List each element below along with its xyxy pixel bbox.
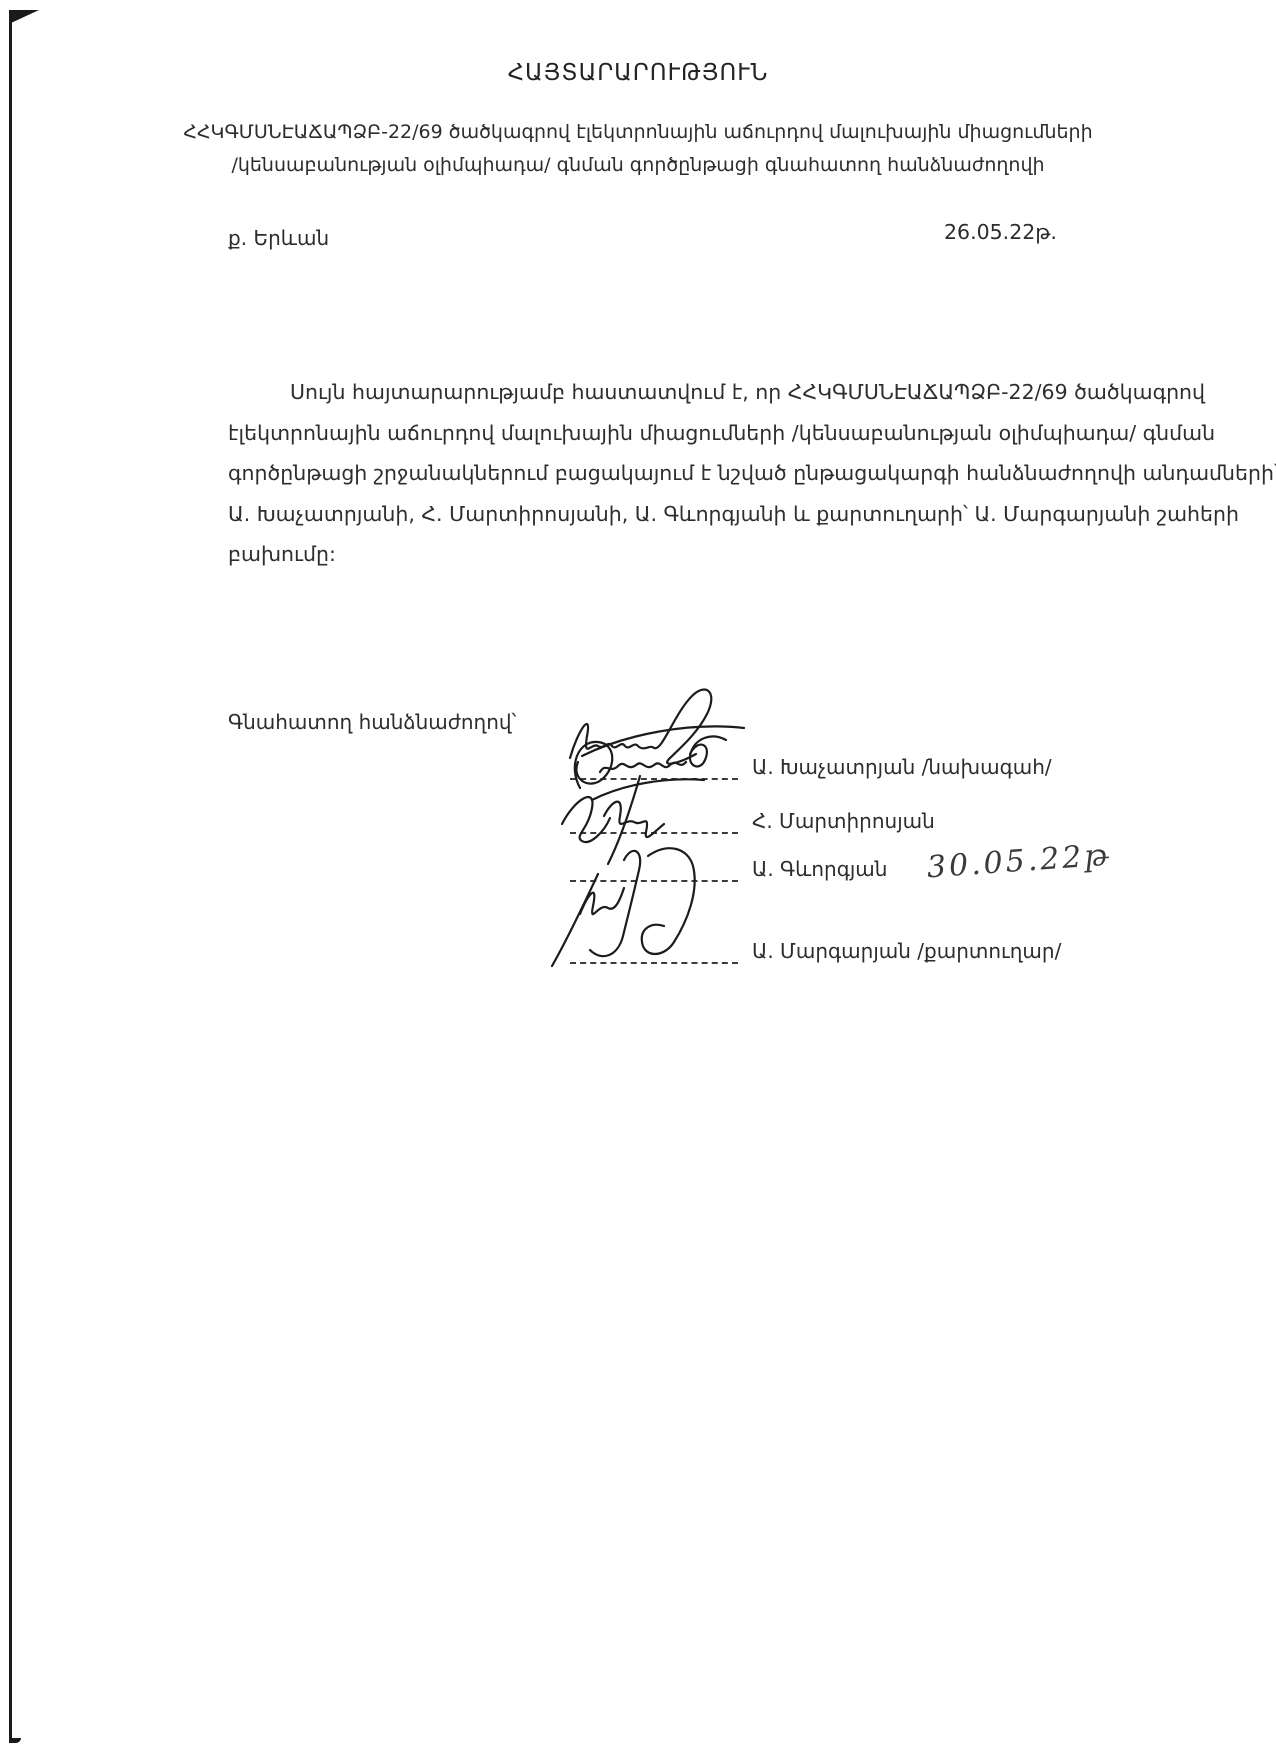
date-label: 26.05.22թ. — [944, 220, 1057, 244]
body-line: Ա. Խաչատրյանի, Հ. Մարտիրոսյանի, Ա. Գևորգ… — [228, 494, 1036, 535]
document-subtitle: ՀՀԿԳՄՍՆԷԱՃԱՊՁԲ-22/69 ծածկագրով էլեկտրոնա… — [0, 116, 1276, 182]
body-line: էլեկտրոնային աճուրդով մալուխային միացում… — [228, 413, 1036, 454]
signature-dash-line — [570, 926, 738, 964]
body-line: Սույն հայտարարությամբ հաստատվում է, որ Հ… — [228, 372, 1036, 413]
signature-row-member-2: Ա. Գևորգյան 30.05.22թ — [570, 846, 1112, 882]
signature-dash-line — [570, 796, 738, 834]
signature-dash-line — [570, 844, 738, 882]
body-paragraph: Սույն հայտարարությամբ հաստատվում է, որ Հ… — [228, 372, 1036, 575]
document-title: ՀԱՅՏԱՐԱՐՈՒԹՅՈՒՆ — [0, 60, 1276, 86]
subtitle-line-2: /կենսաբանության օլիմպիադա/ գնման գործընթ… — [0, 149, 1276, 182]
body-line: բախումը: — [228, 534, 1036, 575]
scan-edge-line — [9, 10, 12, 1742]
committee-label: Գնահատող հանձնաժողով՝ — [228, 710, 516, 734]
signature-row-member-1: Հ. Մարտիրոսյան — [570, 798, 935, 834]
signatory-name: Ա. Խաչատրյան /նախագահ/ — [752, 755, 1052, 780]
place-label: ք. Երևան — [228, 226, 329, 250]
body-line: գործընթացի շրջանակներում բացակայում է նշ… — [228, 453, 1036, 494]
signatory-name: Ա. Մարգարյան /քարտուղար/ — [752, 939, 1061, 964]
scan-edge-corner-mark — [11, 10, 39, 23]
scan-edge-foot-mark — [9, 1738, 21, 1743]
handwritten-date: 30.05.22թ — [926, 838, 1112, 886]
subtitle-line-1: ՀՀԿԳՄՍՆԷԱՃԱՊՁԲ-22/69 ծածկագրով էլեկտրոնա… — [0, 116, 1276, 149]
signatory-name: Հ. Մարտիրոսյան — [752, 809, 935, 834]
signature-row-chairman: Ա. Խաչատրյան /նախագահ/ — [570, 744, 1052, 780]
signature-dash-line — [570, 742, 738, 780]
signatory-name: Ա. Գևորգյան — [752, 857, 887, 882]
signature-row-secretary: Ա. Մարգարյան /քարտուղար/ — [570, 928, 1061, 964]
scanned-declaration-page: ՀԱՅՏԱՐԱՐՈՒԹՅՈՒՆ ՀՀԿԳՄՍՆԷԱՃԱՊՁԲ-22/69 ծած… — [0, 0, 1276, 1754]
